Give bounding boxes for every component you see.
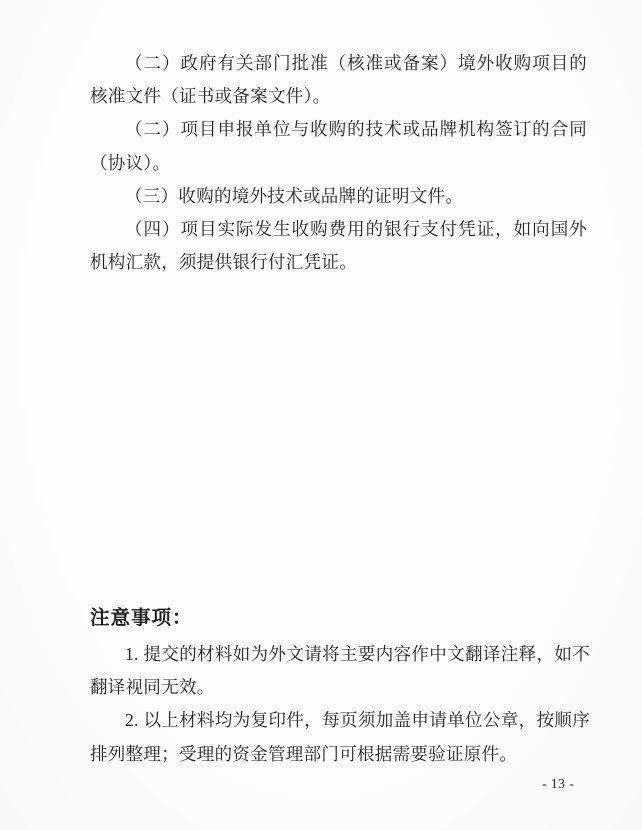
note-item-2: 2. 以上材料均为复印件，每页须加盖申请单位公章，按顺序排列整理；受理的资金管理… (90, 704, 590, 770)
notes-section: 注意事项： 1. 提交的材料如为外文请将主要内容作中文翻译注释，如不翻译视同无效… (90, 602, 590, 771)
notes-heading: 注意事项： (90, 602, 590, 635)
materials-list: （二）政府有关部门批准（核准或备案）境外收购项目的核准文件（证书或备案文件）。 … (90, 47, 587, 279)
list-item-2a: （二）政府有关部门批准（核准或备案）境外收购项目的核准文件（证书或备案文件）。 (90, 47, 587, 113)
document-page: （二）政府有关部门批准（核准或备案）境外收购项目的核准文件（证书或备案文件）。 … (0, 0, 642, 830)
note-item-1: 1. 提交的材料如为外文请将主要内容作中文翻译注释，如不翻译视同无效。 (90, 638, 590, 704)
list-item-3: （三）收购的境外技术或品牌的证明文件。 (90, 180, 587, 213)
page-number: - 13 - (542, 776, 574, 792)
list-item-4: （四）项目实际发生收购费用的银行支付凭证，如向国外机构汇款，须提供银行付汇凭证。 (90, 213, 587, 279)
list-item-2b: （二）项目申报单位与收购的技术或品牌机构签订的合同（协议）。 (90, 113, 587, 179)
